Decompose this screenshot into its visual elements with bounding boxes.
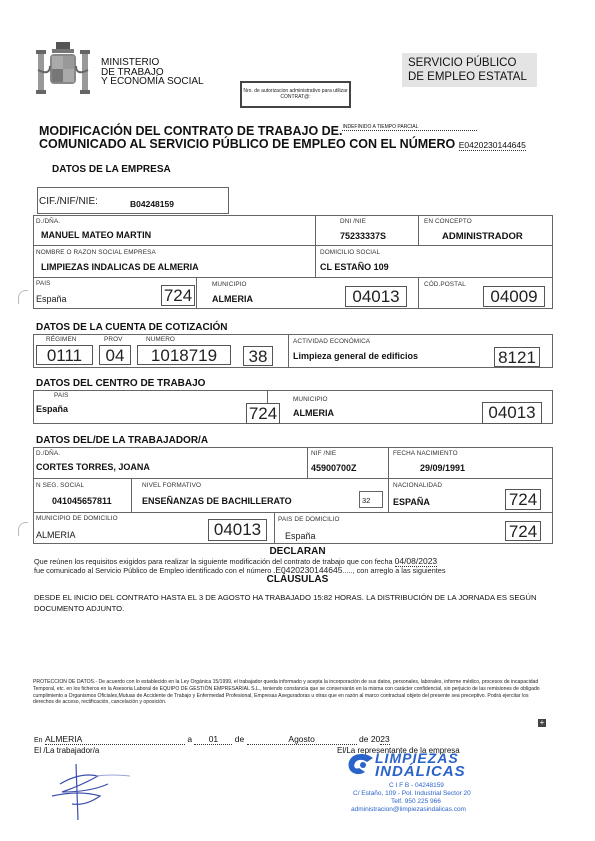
centro-municipio-value: ALMERIA <box>293 408 334 418</box>
section-title-centro: DATOS DEL CENTRO DE TRABAJO <box>36 378 205 389</box>
authorization-box: Nro. de autorizacion administrativo para… <box>240 81 351 108</box>
nss-label: N SEG. SOCIAL <box>36 482 84 489</box>
dni-label: DNI /NIE <box>340 218 366 225</box>
regimen-label: RÉGIMEN <box>46 336 77 343</box>
actividad-value: Limpieza general de edificios <box>293 351 418 361</box>
razon-label: NOMBRE O RAZON SOCIAL EMPRESA <box>36 249 156 256</box>
prov-value: 04 <box>99 345 131 365</box>
ministry-name: MINISTERIO DE TRABAJO Y ECONOMÍA SOCIAL <box>101 58 204 87</box>
cif-label: CIF./NIF/NIE: <box>39 196 98 207</box>
numero-label: NUMERO <box>146 336 175 343</box>
stamp-address: C/ Estaño, 109 - Pol. Industrial Sector … <box>353 790 471 797</box>
centro-municipio-label: MUNICIPIO <box>293 396 328 403</box>
en-label: En <box>34 737 43 744</box>
municipio-code: 04013 <box>345 286 407 307</box>
mun-dom-code: 04013 <box>208 519 267 541</box>
cp-label: CÓD.POSTAL <box>424 281 466 288</box>
contract-type: INDEFINIDO A TIEMPO PARCIAL <box>342 124 477 131</box>
declaran-line1: Que reúnen los requisitos exigidos para … <box>34 557 437 566</box>
mun-dom-value: ALMERIA <box>36 530 76 540</box>
nacimiento-label: FECHA NACIMIENTO <box>393 450 458 457</box>
spanish-coat-of-arms-icon <box>34 40 92 98</box>
contract-number: E0420230144645 <box>459 140 526 151</box>
lugar-value: ALMERIA <box>45 734 185 745</box>
municipio-value: ALMERIA <box>212 294 253 304</box>
dia-value: 01 <box>194 734 232 745</box>
privacy-notice: PROTECCION DE DATOS.- De acuerdo con lo … <box>33 679 543 706</box>
ministry-line: Y ECONOMÍA SOCIAL <box>101 77 204 87</box>
centro-pais-label: PAIS <box>54 392 69 399</box>
mun-dom-label: MUNICIPIO DE DOMICILIO <box>36 515 118 522</box>
domicilio-label: DOMICILIO SOCIAL <box>320 249 380 256</box>
agency-name: SERVICIO PÚBLICO DE EMPLEO ESTATAL <box>402 53 537 87</box>
domicilio-value: CL ESTAÑO 109 <box>320 262 389 272</box>
prov-label: PROV <box>104 336 123 343</box>
dc-value: 38 <box>243 346 273 366</box>
worker-signature <box>50 762 110 822</box>
nacionalidad-code: 724 <box>505 489 541 510</box>
nacionalidad-value: ESPAÑA <box>393 497 430 507</box>
company-logo-icon <box>347 752 375 776</box>
stamp-email: administracion@limpiezasindalicas.com <box>351 806 466 813</box>
clausulas-text: DESDE EL INICIO DEL CONTRATO HASTA EL 3 … <box>34 593 549 614</box>
punch-hole-mark <box>18 290 28 304</box>
section-title-trabajador: DATOS DEL/DE LA TRABAJADOR/A <box>36 435 208 446</box>
pais-dom-label: PAIS DE DOMICILIO <box>278 516 340 523</box>
mes-value: Agosto <box>247 734 357 745</box>
municipio-label: MUNICIPIO <box>212 281 247 288</box>
pais-dom-code: 724 <box>505 521 541 541</box>
de-label: de <box>235 734 244 744</box>
document-subtitle: COMUNICADO AL SERVICIO PÚBLICO DE EMPLEO… <box>39 137 526 151</box>
a-label: a <box>187 734 192 744</box>
pais-label: PAIS <box>36 280 51 287</box>
stamp-brand-line2: INDÁLICAS <box>375 763 466 780</box>
nacionalidad-label: NACIONALIDAD <box>393 482 442 489</box>
agency-line: SERVICIO PÚBLICO <box>408 56 531 70</box>
dona-value: MANUEL MATEO MARTIN <box>41 230 151 240</box>
stamp-phone: Telf. 950 225 966 <box>391 798 441 805</box>
pais-value: España <box>36 294 67 304</box>
nif-label: NIF /NIE <box>311 450 336 457</box>
nivel-value: ENSEÑANZAS DE BACHILLERATO <box>142 496 292 506</box>
pais-dom-value: España <box>285 531 316 541</box>
nivel-label: NIVEL FORMATIVO <box>142 482 201 489</box>
dni-value: 75233337S <box>340 231 386 241</box>
document-title: MODIFICACIÓN DEL CONTRATO DE TRABAJO DE.… <box>39 124 477 138</box>
razon-value: LIMPIEZAS INDALICAS DE ALMERIA <box>41 262 199 272</box>
trab-dona-value: CORTES TORRES, JOANA <box>36 462 150 472</box>
cif-value: B04248159 <box>130 199 174 209</box>
actividad-label: ACTIVIDAD ECONÓMICA <box>293 338 370 345</box>
centro-pais-value: España <box>36 404 68 414</box>
auth-line: CONTRAT@: <box>242 94 349 100</box>
centro-pais-code: 724 <box>246 403 280 424</box>
punch-hole-mark <box>18 522 28 536</box>
concepto-label: EN CONCEPTO <box>424 218 472 225</box>
regimen-value: 0111 <box>36 345 93 365</box>
clausulas-heading: CLÁUSULAS <box>0 574 595 585</box>
trabajador-signature-label: El /La trabajador/a <box>34 746 99 755</box>
section-title-cotizacion: DATOS DE LA CUENTA DE COTIZACIÓN <box>36 322 227 333</box>
cp-value: 04009 <box>483 286 545 307</box>
centro-municipio-code: 04013 <box>482 402 542 424</box>
agency-line: DE EMPLEO ESTATAL <box>408 70 531 84</box>
anio-value: 23 <box>380 734 389 745</box>
section-title-empresa: DATOS DE LA EMPRESA <box>52 164 171 175</box>
trab-dona-label: D./DÑA. <box>36 450 60 457</box>
nss-value: 041045657811 <box>52 496 112 506</box>
signature-place-date: En ALMERIA a 01 de Agosto de 2023 <box>34 734 390 745</box>
plus-square-icon[interactable]: + <box>538 719 546 727</box>
dona-label: D./DÑA. <box>36 218 60 225</box>
pais-code: 724 <box>161 285 195 306</box>
nivel-code: 32 <box>362 496 370 505</box>
concepto-value: ADMINISTRADOR <box>442 231 523 242</box>
title-prefix: MODIFICACIÓN DEL CONTRATO DE TRABAJO DE. <box>39 124 342 138</box>
declaran-heading: DECLARAN <box>0 546 595 557</box>
anio-prefix: de 20 <box>359 734 380 744</box>
actividad-code: 8121 <box>494 347 540 367</box>
subtitle-prefix: COMUNICADO AL SERVICIO PÚBLICO DE EMPLEO… <box>39 137 455 151</box>
nif-value: 45900700Z <box>311 463 357 473</box>
stamp-cif: C I F B - 04248159 <box>389 782 444 789</box>
numero-value: 1018719 <box>137 345 231 365</box>
nacimiento-value: 29/09/1991 <box>420 463 465 473</box>
